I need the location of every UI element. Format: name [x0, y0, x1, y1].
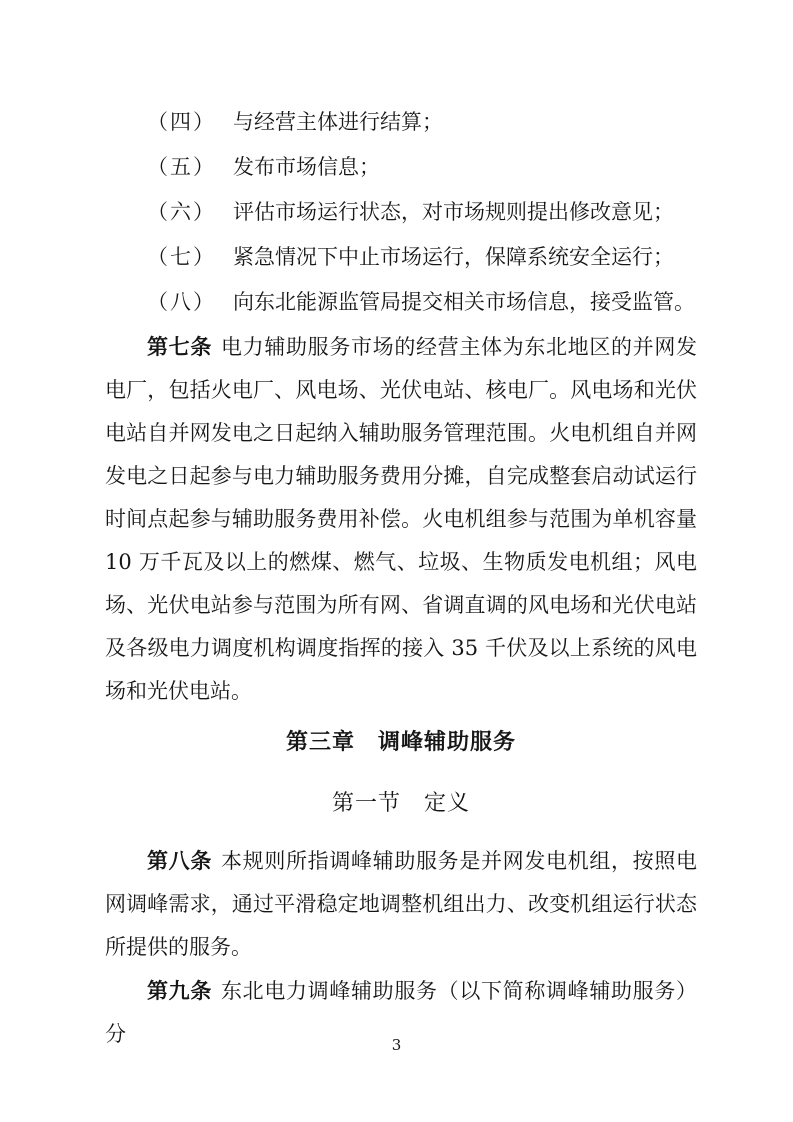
list-item-marker: （四） [147, 110, 216, 134]
list-item-marker: （六） [147, 200, 216, 224]
section-1-heading: 第一节 定义 [105, 782, 697, 825]
article-8-paragraph: 第八条本规则所指调峰辅助服务是并网发电机组，按照电网调峰需求，通过平滑稳定地调整… [105, 839, 697, 969]
list-item: （五）发布市场信息； [105, 145, 697, 190]
list-item: （七）紧急情况下中止市场运行，保障系统安全运行； [105, 235, 697, 280]
document-body: （四）与经营主体进行结算； （五）发布市场信息； （六）评估市场运行状态，对市场… [105, 100, 697, 1056]
article-9-label: 第九条 [147, 978, 212, 1003]
list-item-marker: （五） [147, 155, 216, 179]
article-7-text: 电力辅助服务市场的经营主体为东北地区的并网发电厂，包括火电厂、风电场、光伏电站、… [105, 335, 697, 703]
list-item-text: 向东北能源监管局提交相关市场信息，接受监管。 [233, 290, 695, 314]
list-item: （六）评估市场运行状态，对市场规则提出修改意见； [105, 190, 697, 235]
list-item-marker: （八） [147, 290, 216, 314]
list-item-text: 紧急情况下中止市场运行，保障系统安全运行； [233, 245, 674, 269]
list-item-text: 评估市场运行状态，对市场规则提出修改意见； [233, 200, 674, 224]
article-7-label: 第七条 [147, 334, 212, 359]
list-item: （四）与经营主体进行结算； [105, 100, 697, 145]
page-number: 3 [0, 1036, 793, 1054]
list-item: （八）向东北能源监管局提交相关市场信息，接受监管。 [105, 280, 697, 325]
article-8-label: 第八条 [147, 848, 212, 873]
list-item-text: 与经营主体进行结算； [233, 110, 443, 134]
article-7-paragraph: 第七条电力辅助服务市场的经营主体为东北地区的并网发电厂，包括火电厂、风电场、光伏… [105, 325, 697, 713]
list-item-text: 发布市场信息； [233, 155, 380, 179]
chapter-3-heading: 第三章 调峰辅助服务 [105, 721, 697, 764]
document-page: （四）与经营主体进行结算； （五）发布市场信息； （六）评估市场运行状态，对市场… [0, 0, 793, 1122]
list-item-marker: （七） [147, 245, 216, 269]
